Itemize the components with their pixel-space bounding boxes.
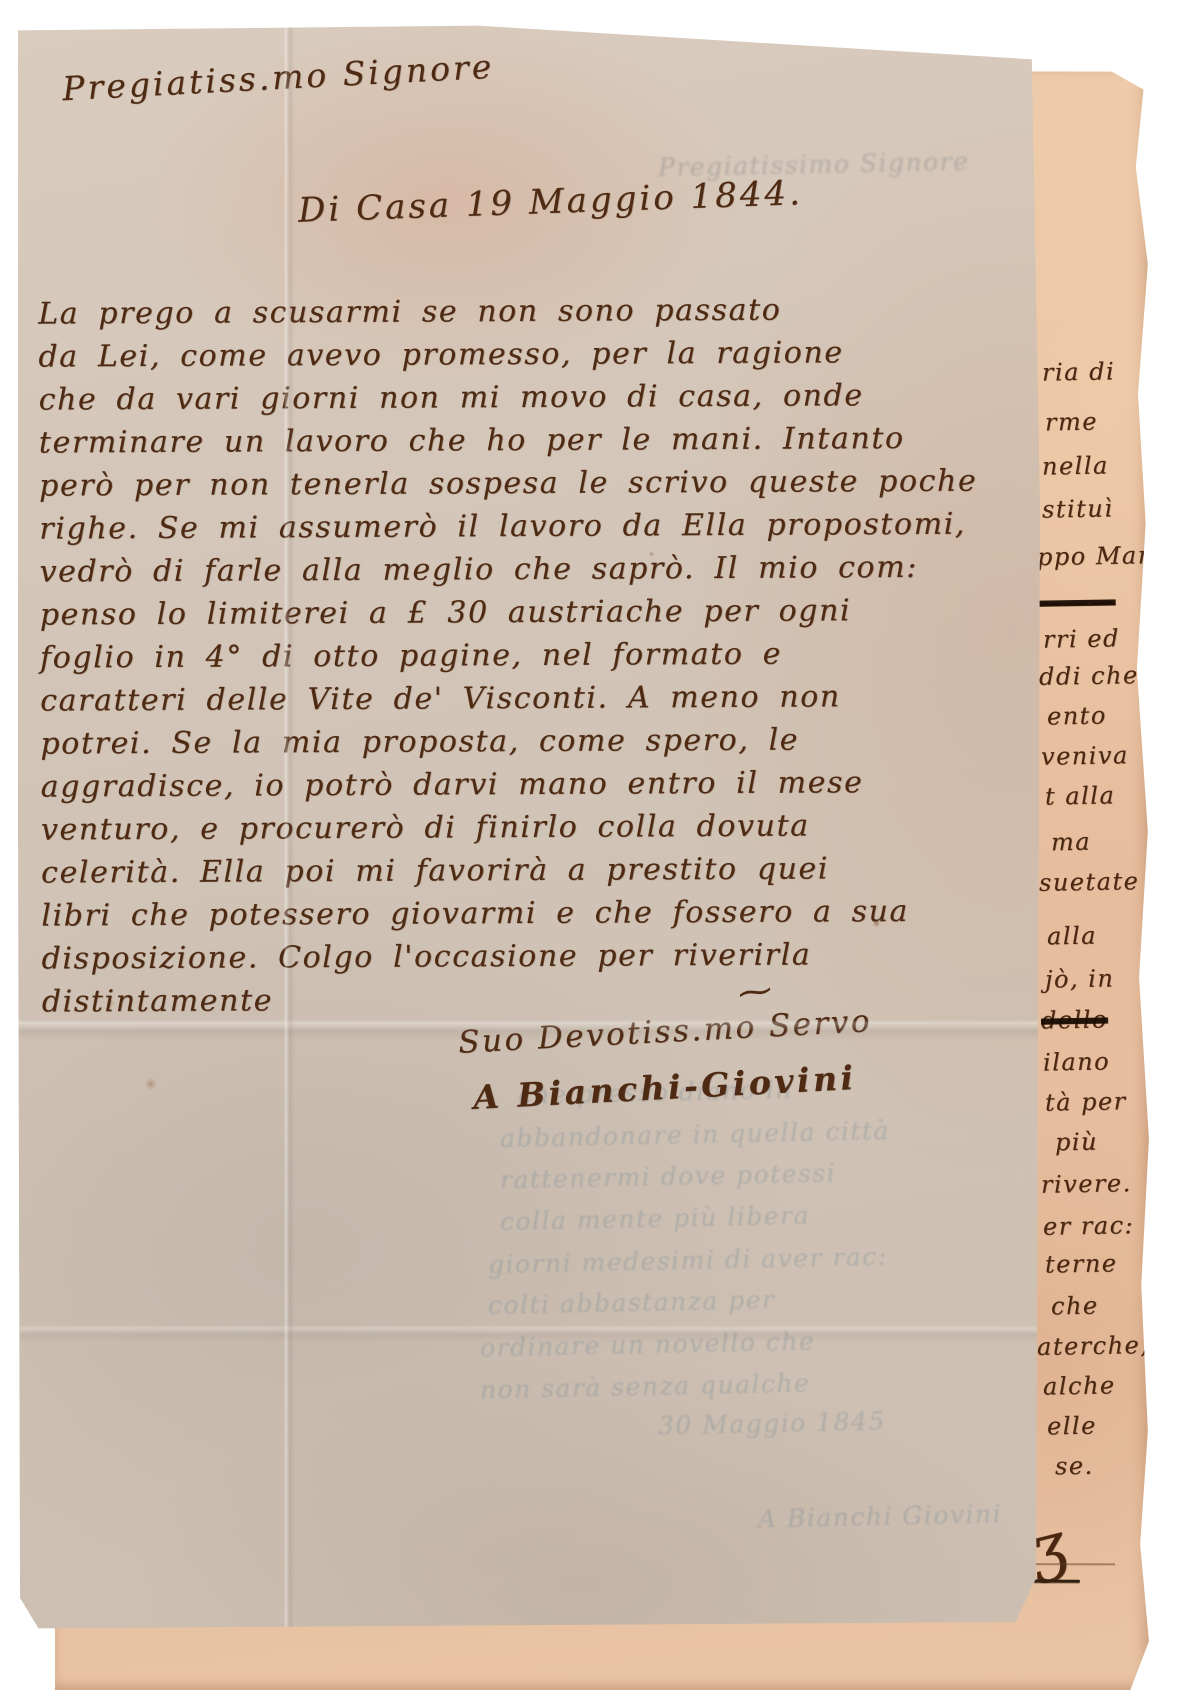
showthrough-line: A Bianchi Giovini bbox=[758, 1499, 1003, 1533]
letter-line: aggradisce, io potrò darvi mano entro il… bbox=[41, 760, 1021, 808]
fragment-line: tà per bbox=[1045, 1087, 1127, 1116]
fragment-line: dello bbox=[1041, 1005, 1108, 1034]
showthrough-line: ordinare un novello che bbox=[480, 1326, 816, 1362]
fragment-line: rme bbox=[1045, 408, 1098, 437]
letter-line: caratteri delle Vite de' Visconti. A men… bbox=[40, 674, 1020, 722]
fragment-line: ppo Maria bbox=[1037, 541, 1150, 571]
fragment-line: t alla bbox=[1045, 781, 1116, 810]
letter-line: terminare un lavoro che ho per le mani. … bbox=[39, 416, 1019, 464]
letter-line: foglio in 4° di otto pagine, nel formato… bbox=[40, 631, 1020, 679]
letter-line: La prego a scusarmi se non sono passato bbox=[38, 287, 1018, 335]
fragment-line: aterche, bbox=[1037, 1331, 1150, 1361]
fragment-line: jò, in bbox=[1045, 964, 1115, 993]
letter-body: La prego a scusarmi se non sono passatod… bbox=[38, 287, 1022, 1023]
letter-line: disposizione. Colgo l'occasione per rive… bbox=[41, 932, 1021, 980]
fragment-line: alche bbox=[1043, 1371, 1116, 1400]
fragment-line: terne bbox=[1045, 1249, 1118, 1278]
showthrough-line: giorni medesimi di aver rac: bbox=[488, 1242, 888, 1279]
fragment-line: se. bbox=[1055, 1452, 1094, 1481]
fragment-line: rivere. bbox=[1041, 1169, 1132, 1199]
showthrough-line: 30 Maggio 1845 bbox=[658, 1407, 886, 1441]
showthrough-line: abbandonare in quella città bbox=[500, 1116, 890, 1153]
letter-line: venturo, e procurerò di finirlo colla do… bbox=[41, 803, 1021, 851]
showthrough-line: non sarà senza qualche bbox=[480, 1369, 811, 1405]
letter-line: libri che potessero giovarmi e che fosse… bbox=[41, 889, 1021, 937]
fragment-line: che bbox=[1051, 1292, 1099, 1321]
salutation: Pregiatiss.mo Signore bbox=[61, 47, 495, 109]
showthrough-line: rattenermi dove potessi bbox=[500, 1158, 837, 1194]
showthrough-line: colla mente più libera bbox=[500, 1201, 811, 1236]
fragment-line: elle bbox=[1047, 1412, 1097, 1441]
letter-line: potrei. Se la mia proposta, come spero, … bbox=[40, 717, 1020, 765]
fragment-line: veniva bbox=[1041, 741, 1129, 771]
letter-line: celerità. Ella poi mi favorirà a prestit… bbox=[41, 846, 1021, 894]
letter-line: vedrò di farle alla meglio che saprò. Il… bbox=[39, 545, 1019, 593]
showthrough-line: colti abbastanza per bbox=[488, 1285, 776, 1320]
letter-line: da Lei, come avevo promesso, per la ragi… bbox=[38, 330, 1018, 378]
letter-line: distintamente bbox=[42, 975, 1022, 1023]
signature: A Bianchi-Giovini bbox=[472, 1058, 857, 1117]
fragment-line: ——— bbox=[1039, 587, 1116, 616]
fragment-line: nella bbox=[1042, 451, 1109, 480]
fragment-line: ento bbox=[1047, 701, 1107, 730]
letter-line: però per non tenerla sospesa le scrivo q… bbox=[39, 459, 1019, 507]
fragment-line: ddi che bbox=[1039, 661, 1139, 691]
fragment-line: er rac: bbox=[1043, 1211, 1135, 1241]
fragment-line: ria di bbox=[1042, 357, 1116, 386]
letter-line: righe. Se mi assumerò il lavoro da Ella … bbox=[39, 502, 1019, 550]
fragment-line: suetate bbox=[1039, 867, 1140, 897]
fragment-line: rri ed bbox=[1043, 624, 1120, 653]
fragment-line: alla bbox=[1047, 922, 1097, 951]
fragment-line: stituì bbox=[1042, 494, 1114, 523]
fragment-line: ilano bbox=[1043, 1047, 1111, 1076]
front-letter-sheet: Pregiatissimo Signoreche presso diano in… bbox=[18, 24, 1040, 1630]
dateline: Di Casa 19 Maggio 1844. bbox=[297, 173, 803, 231]
fragment-line: ma bbox=[1051, 828, 1092, 857]
scanned-letter: { "letter": { "salutation": "Pregiatiss.… bbox=[0, 0, 1181, 1705]
letter-line: penso lo limiterei a £ 30 austriache per… bbox=[40, 588, 1020, 636]
letter-line: che da vari giorni non mi movo di casa, … bbox=[39, 373, 1019, 421]
fragment-line: più bbox=[1055, 1128, 1098, 1157]
